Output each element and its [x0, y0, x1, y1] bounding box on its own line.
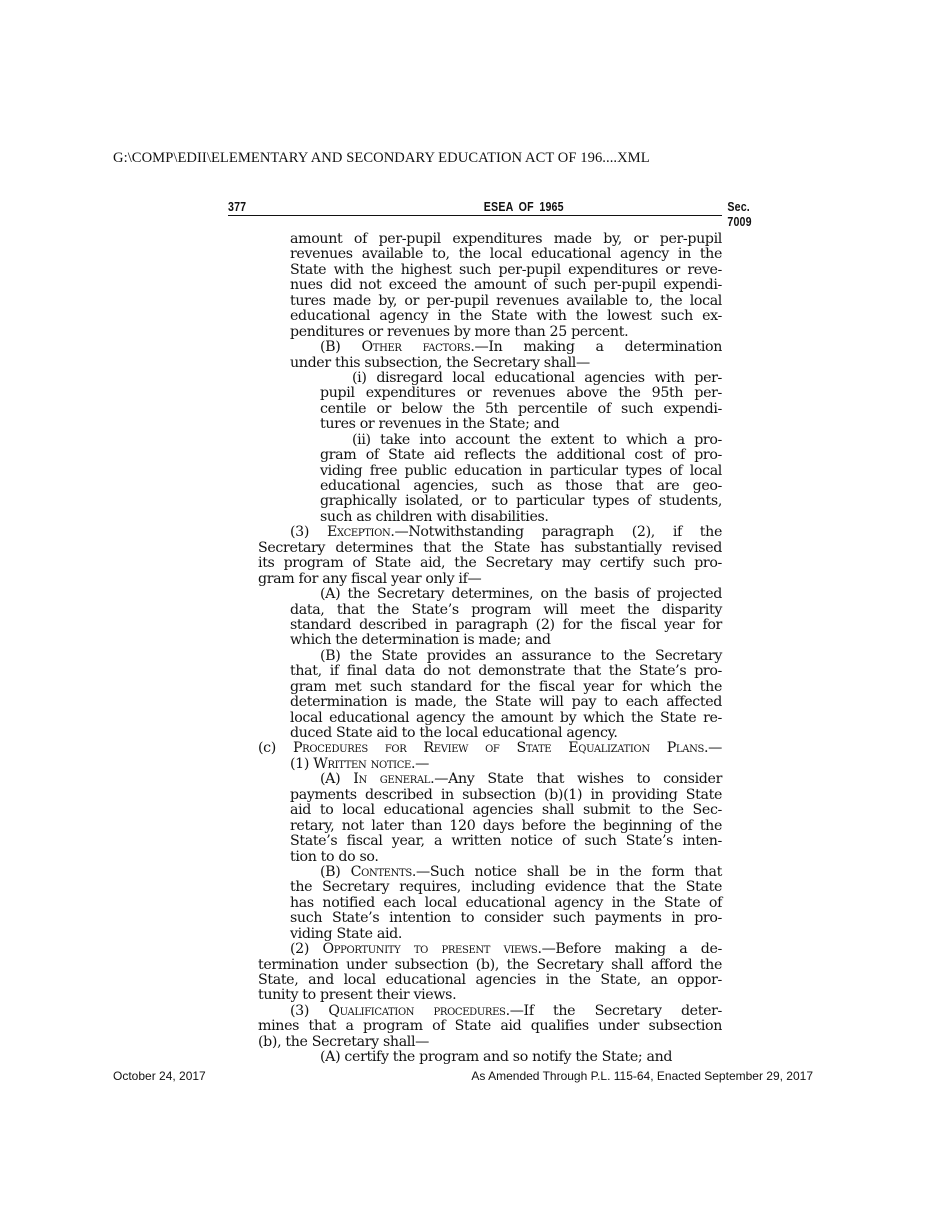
file-path: G:\COMP\EDII\ELEMENTARY AND SECONDARY ED… — [113, 150, 650, 167]
text-run: tures made by, or per-pupil revenues ava… — [290, 293, 722, 309]
text-run: standard described in paragraph (2) for … — [290, 617, 722, 633]
text-run: tion to do so. — [290, 849, 379, 865]
page-number-text: 377 — [228, 199, 246, 214]
heading-small-caps: Procedures for Review of State Equalizat… — [293, 740, 704, 756]
text-run: (i) disregard local educational agencies… — [352, 370, 722, 386]
footer-date: October 24, 2017 — [113, 1069, 206, 1083]
text-run: that, if final data do not demonstrate t… — [290, 663, 722, 679]
section-number-text: Sec. 7009 — [727, 199, 751, 229]
text-run: mines that a program of State aid qualif… — [258, 1018, 722, 1034]
text-line: State, and local educational agencies in… — [258, 973, 722, 988]
text-run: aid to local educational agencies shall … — [290, 802, 722, 818]
text-line: such State’s intention to consider such … — [258, 911, 722, 926]
statute-body-text: amount of per-pupil expenditures made by… — [258, 232, 722, 1066]
text-line: its program of State aid, the Secretary … — [258, 556, 722, 571]
text-line: determination is made, the State will pa… — [258, 695, 722, 710]
text-run: pupil expenditures or revenues above the… — [320, 385, 722, 401]
text-run: amount of per-pupil expenditures made by… — [290, 231, 722, 247]
heading-small-caps: Contents — [351, 864, 412, 880]
text-run: centile or below the 5th percentile of s… — [320, 401, 722, 417]
text-run: (B) — [320, 339, 361, 355]
text-run: has notified each local educational agen… — [290, 895, 722, 911]
text-line: State’s fiscal year, a written notice of… — [258, 834, 722, 849]
text-run: termination under subsection (b), the Se… — [258, 957, 722, 973]
text-line: centile or below the 5th percentile of s… — [258, 402, 722, 417]
text-run: graphically isolated, or to particular t… — [320, 493, 722, 509]
text-line: mines that a program of State aid qualif… — [258, 1019, 722, 1034]
text-line: tunity to present their views. — [258, 988, 722, 1003]
text-line: payments described in subsection (b)(1) … — [258, 788, 722, 803]
text-line: data, that the State’s program will meet… — [258, 603, 722, 618]
text-line: tion to do so. — [258, 850, 722, 865]
text-run: (2) — [290, 941, 323, 957]
text-run: under this subsection, the Secretary sha… — [290, 355, 590, 371]
text-run: data, that the State’s program will meet… — [290, 602, 722, 618]
text-line: (A) certify the program and so notify th… — [258, 1050, 722, 1065]
text-run: State, and local educational agencies in… — [258, 972, 722, 988]
text-line: the Secretary requires, including eviden… — [258, 880, 722, 895]
text-run: .—In making a determination — [470, 339, 722, 355]
heading-small-caps: Opportunity to present views — [323, 941, 538, 957]
text-line: viding free public education in particul… — [258, 464, 722, 479]
text-run: payments described in subsection (b)(1) … — [290, 787, 722, 803]
text-line: duced State aid to the local educational… — [258, 726, 722, 741]
text-line: (3) Exception.—Notwithstanding paragraph… — [258, 525, 722, 540]
text-line: which the determination is made; and — [258, 633, 722, 648]
heading-small-caps: In general — [353, 771, 430, 787]
text-run: .— — [704, 740, 722, 756]
text-line: (A) the Secretary determines, on the bas… — [258, 587, 722, 602]
text-run: retary, not later than 120 days before t… — [290, 818, 722, 834]
text-run: determination is made, the State will pa… — [290, 694, 722, 710]
text-run: duced State aid to the local educational… — [290, 725, 618, 741]
text-line: local educational agency the amount by w… — [258, 711, 722, 726]
text-line: viding State aid. — [258, 927, 722, 942]
text-line: has notified each local educational agen… — [258, 896, 722, 911]
text-run: (A) the Secretary determines, on the bas… — [320, 586, 722, 602]
text-line: gram met such standard for the fiscal ye… — [258, 680, 722, 695]
heading-small-caps: Qualification procedures — [328, 1003, 505, 1019]
text-line: graphically isolated, or to particular t… — [258, 494, 722, 509]
text-line: Secretary determines that the State has … — [258, 541, 722, 556]
text-run: .—Any State that wishes to consider — [430, 771, 722, 787]
text-line: (ii) take into account the extent to whi… — [258, 433, 722, 448]
text-run: (A) — [320, 771, 353, 787]
text-line: gram of State aid reflects the additiona… — [258, 448, 722, 463]
text-run: educational agencies, such as those that… — [320, 478, 722, 494]
text-line: revenues available to, the local educati… — [258, 247, 722, 262]
text-run: State with the highest such per-pupil ex… — [290, 262, 722, 278]
text-line: (3) Qualification procedures.—If the Sec… — [258, 1004, 722, 1019]
text-run: (ii) take into account the extent to whi… — [352, 432, 722, 448]
text-line: (1) Written notice.— — [258, 757, 722, 772]
text-line: (B) the State provides an assurance to t… — [258, 649, 722, 664]
text-line: aid to local educational agencies shall … — [258, 803, 722, 818]
text-run: .—If the Secretary deter- — [506, 1003, 722, 1019]
text-line: under this subsection, the Secretary sha… — [258, 356, 722, 371]
text-run: which the determination is made; and — [290, 632, 551, 648]
heading-small-caps: Written notice — [313, 756, 411, 772]
text-run: (B) — [320, 864, 351, 880]
text-run: (A) certify the program and so notify th… — [320, 1049, 672, 1065]
text-run: gram met such standard for the fiscal ye… — [290, 679, 722, 695]
text-line: tures made by, or per-pupil revenues ava… — [258, 294, 722, 309]
text-run: .—Such notice shall be in the form that — [412, 864, 722, 880]
text-line: tures or revenues in the State; and — [258, 417, 722, 432]
text-line: (b), the Secretary shall— — [258, 1035, 722, 1050]
text-line: pupil expenditures or revenues above the… — [258, 386, 722, 401]
text-run: Secretary determines that the State has … — [258, 540, 722, 556]
running-head: 377 ESEA OF 1965 Sec. 7009 — [228, 197, 722, 216]
text-line: nues did not exceed the amount of such p… — [258, 278, 722, 293]
text-run: .—Before making a de- — [537, 941, 722, 957]
text-line: that, if final data do not demonstrate t… — [258, 664, 722, 679]
text-run: .—Notwithstanding paragraph (2), if the — [390, 524, 722, 540]
text-line: (A) In general.—Any State that wishes to… — [258, 772, 722, 787]
text-run: revenues available to, the local educati… — [290, 246, 722, 262]
text-line: standard described in paragraph (2) for … — [258, 618, 722, 633]
text-run: gram for any fiscal year only if— — [258, 571, 481, 587]
text-line: (2) Opportunity to present views.—Before… — [258, 942, 722, 957]
text-run: penditures or revenues by more than 25 p… — [290, 324, 628, 340]
footer-amended-note: As Amended Through P.L. 115-64, Enacted … — [471, 1069, 813, 1083]
text-run: such State’s intention to consider such … — [290, 910, 722, 926]
text-line: (i) disregard local educational agencies… — [258, 371, 722, 386]
text-run: the Secretary requires, including eviden… — [290, 879, 722, 895]
text-run: viding free public education in particul… — [320, 463, 722, 479]
text-line: such as children with disabilities. — [258, 510, 722, 525]
text-run: (b), the Secretary shall— — [258, 1034, 429, 1050]
text-line: termination under subsection (b), the Se… — [258, 958, 722, 973]
heading-small-caps: Exception — [327, 524, 390, 540]
text-line: (B) Contents.—Such notice shall be in th… — [258, 865, 722, 880]
running-title-text: ESEA OF 1965 — [484, 199, 564, 214]
text-run: such as children with disabilities. — [320, 509, 549, 525]
text-line: amount of per-pupil expenditures made by… — [258, 232, 722, 247]
text-run: educational agency in the State with the… — [290, 308, 722, 324]
text-line: State with the highest such per-pupil ex… — [258, 263, 722, 278]
text-run: (3) — [290, 524, 327, 540]
text-line: (B) Other factors.—In making a determina… — [258, 340, 722, 355]
text-line: educational agency in the State with the… — [258, 309, 722, 324]
text-run: viding State aid. — [290, 926, 402, 942]
text-line: gram for any fiscal year only if— — [258, 572, 722, 587]
text-run: local educational agency the amount by w… — [290, 710, 722, 726]
text-run: tunity to present their views. — [258, 987, 456, 1003]
text-run: (c) — [258, 740, 293, 756]
text-run: nues did not exceed the amount of such p… — [290, 277, 722, 293]
heading-small-caps: Other factors — [361, 339, 470, 355]
text-run: tures or revenues in the State; and — [320, 416, 559, 432]
text-run: (1) — [290, 756, 313, 772]
text-run: (B) the State provides an assurance to t… — [320, 648, 722, 664]
text-line: penditures or revenues by more than 25 p… — [258, 325, 722, 340]
text-line: (c) Procedures for Review of State Equal… — [258, 741, 722, 756]
text-line: educational agencies, such as those that… — [258, 479, 722, 494]
text-run: gram of State aid reflects the additiona… — [320, 447, 722, 463]
text-line: retary, not later than 120 days before t… — [258, 819, 722, 834]
text-run: State’s fiscal year, a written notice of… — [290, 833, 722, 849]
text-run: its program of State aid, the Secretary … — [258, 555, 722, 571]
text-run: (3) — [290, 1003, 328, 1019]
text-run: .— — [411, 756, 429, 772]
